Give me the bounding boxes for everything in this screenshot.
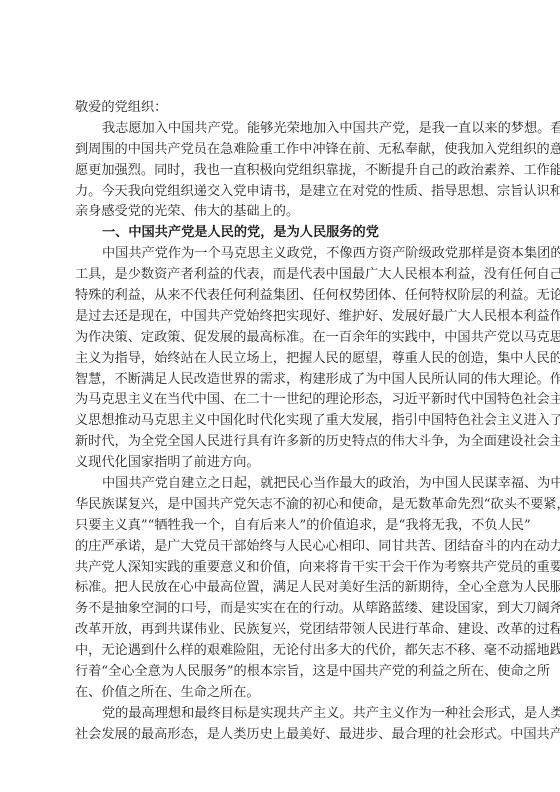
paragraph-4-line-2: 社会发展的最高形态，是人类历史上最美好、最进步、最合理的社会形式。中国共产: [75, 725, 493, 746]
document-body: 敬爱的党组织： 我志愿加入中国共产党。能够光荣地加入中国共产党，是我一直以来的梦…: [75, 98, 493, 746]
paragraph-2-line-11: 义现代化国家指明了前进方向。: [75, 453, 493, 474]
paragraph-2-line-1: 中国共产党作为一个马克思主义政党，不像西方资产阶级政党那样是资本集团的: [75, 244, 493, 265]
paragraph-3-line-9: 中，无论遇到什么样的艰难险阻，无论付出多大的代价，都矢志不移、毫不动摇地践: [75, 641, 493, 662]
paragraph-2-line-10: 新时代，为全党全国人民进行具有许多新的历史特点的伟大斗争，为全面建设社会主: [75, 432, 493, 453]
paragraph-2-line-5: 为作决策、定政策、促发展的最高标准。在一百余年的实践中，中国共产党以马克思: [75, 328, 493, 349]
paragraph-1-line-5: 亲身感受党的光荣、伟大的基础上的。: [75, 202, 493, 223]
paragraph-1-line-1: 我志愿加入中国共产党。能够光荣地加入中国共产党，是我一直以来的梦想。看: [75, 119, 493, 140]
paragraph-3-line-7: 务不是抽象空洞的口号，而是实实在在的行动。从筚路蓝缕、建设国家，到大刀阔斧、: [75, 599, 493, 620]
section-heading-1: 一、中国共产党是人民的党，是为人民服务的党: [75, 223, 493, 244]
paragraph-3-line-10: 行着“全心全意为人民服务”的根本宗旨，这是中国共产党的利益之所在、使命之所: [75, 662, 493, 683]
document-page: 敬爱的党组织： 我志愿加入中国共产党。能够光荣地加入中国共产党，是我一直以来的梦…: [0, 0, 560, 792]
paragraph-2-line-4: 是过去还是现在，中国共产党始终把实现好、维护好、发展好最广大人民根本利益作: [75, 307, 493, 328]
paragraph-3-line-2: 华民族谋复兴，是中国共产党矢志不渝的初心和使命，是无数革命先烈“砍头不要紧，: [75, 495, 493, 516]
paragraph-2-line-8: 为马克思主义在当代中国、在二十一世纪的理论形态，习近平新时代中国特色社会主: [75, 390, 493, 411]
paragraph-2-line-7: 智慧，不断满足人民改造世界的需求，构建形成了为中国人民所认同的伟大理论。作: [75, 370, 493, 391]
paragraph-2-line-9: 义思想推动马克思主义中国化时代化实现了重大发展，指引中国特色社会主义进入了: [75, 411, 493, 432]
paragraph-1-line-3: 愿更加强烈。同时，我也一直积极向党组织靠拢，不断提升自己的政治素养、工作能: [75, 161, 493, 182]
paragraph-3-line-5: 共产党人深知实践的重要意义和价值，向来将肯干实干会干作为考察共产党员的重要: [75, 558, 493, 579]
paragraph-1-line-2: 到周围的中国共产党员在急难险重工作中冲锋在前、无私奉献，使我加入党组织的意: [75, 140, 493, 161]
paragraph-3-line-6: 标准。把人民放在心中最高位置，满足人民对美好生活的新期待，全心全意为人民服: [75, 578, 493, 599]
paragraph-3-line-8: 改革开放，再到共谋伟业、民族复兴，党团结带领人民进行革命、建设、改革的过程: [75, 620, 493, 641]
paragraph-3-line-3: 只要主义真”“牺牲我一个，自有后来人”的价值追求，是“我将无我，不负人民”: [75, 516, 493, 537]
paragraph-2-line-2: 工具，是少数资产者利益的代表，而是代表中国最广大人民根本利益，没有任何自己: [75, 265, 493, 286]
paragraph-4-line-1: 党的最高理想和最终目标是实现共产主义。共产主义作为一种社会形式，是人类: [75, 704, 493, 725]
greeting: 敬爱的党组织：: [75, 98, 493, 119]
paragraph-2-line-3: 特殊的利益，从来不代表任何利益集团、任何权势团体、任何特权阶层的利益。无论: [75, 286, 493, 307]
paragraph-1-line-4: 力。今天我向党组织递交入党申请书，是建立在对党的性质、指导思想、宗旨认识和: [75, 182, 493, 203]
paragraph-3-line-1: 中国共产党自建立之日起，就把民心当作最大的政治，为中国人民谋幸福、为中: [75, 474, 493, 495]
paragraph-2-line-6: 主义为指导，始终站在人民立场上，把握人民的愿望，尊重人民的创造，集中人民的: [75, 349, 493, 370]
paragraph-3-line-4: 的庄严承诺，是广大党员干部始终与人民心心相印、同甘共苦、团结奋斗的内在动力。: [75, 537, 493, 558]
paragraph-3-line-11: 在、价值之所在、生命之所在。: [75, 683, 493, 704]
